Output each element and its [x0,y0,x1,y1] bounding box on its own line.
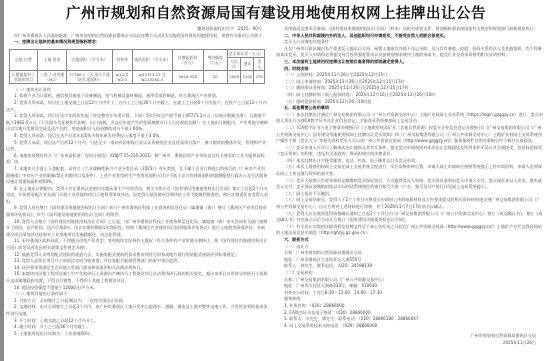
seller-name: 名称：广州市规划和自然资源局番禺区分局 [276,250,544,257]
agency-hours: 对外办公时间：工作日8:30－12:00、14:00－17:30 [276,290,544,297]
section-2-text: 凡在广州市行政区域内有严重违反土地出让合同、闲置土地或有其他不良记录的，及与其有… [276,46,544,59]
schedule-item: （一）公告时间：2025年11月26日至2025年12月15日 [276,72,544,79]
cell-increment: 20 [203,70,227,83]
table-header-row: 宗地 位置 土地 用途 宗地面积 （平方米） 容积率 建筑面积 （平方米） 挂牌… [10,49,265,57]
condition-15: 15. 本地块内因建工程项目施工中产生的砂石土资源由产権执行工程建设项目自动利用… [6,271,268,284]
header-hkd: 港币 [241,57,254,70]
section-5-heading: 五、其他需要公告的事项 [276,105,544,112]
other-condition-4: 4. 竣工时间：开工之日起36个月内竣工。 [6,324,268,331]
condition-5: 5. 竞得人承诺，项目达产后的12个月内，引进至少一家具有国家级行业认证资格的企… [6,140,268,153]
hotline-item: 4. 网上交易系统技术支持电话：（020）28866000 [276,323,544,330]
header-plot-ratio: 容积率 [112,49,132,70]
cell-plot-ratio: ≥1.2且 ≤3.0 [112,70,132,83]
page-edge [0,0,4,361]
header-location: 宗地 位置 [10,49,38,70]
agency-heading: （二）交易机构 [276,270,544,277]
cell-rmb: 1808 [227,70,241,83]
condition-8: 8. 在土地出让期限内，竞得人应在番禺区范围内实地从事生产经营活动，相关手续应在… [6,186,268,206]
other-condition-2: 2. 交地时间：出让合同签订之日起3个月内，由广州市番禺区土地开发中心提通水、通… [6,304,268,317]
agency-address: 地址：广州市天河区天润路333号，邮编：510630 [276,283,544,290]
condition-11: 11. 未经番禺区政府同意，不得擅自改变产业类型、变更地块实际持有人股权（符合条… [6,238,268,251]
cell-floor-area: ≥45312.12 且 ≤113280.3 [132,70,172,83]
other-item: （五）本次土地使用权网上交易在网上交易系统全程进行，实行资格审核后置。申请人网上… [276,164,544,177]
condition-7: 7. 本地块可引进上下游配套，而符合《工业战略性新兴产业分类目录（2023）》对… [6,166,268,186]
cell-location: 石楼镇某村工业地块项目 [10,70,38,83]
header-use: 土地 用途 [37,49,67,70]
left-column: 穗规划资源挂出告字〔2025〕90号 经广州市番禺区人民政府批准，广州市规划和自… [6,26,268,337]
other-item: （六）竞买人按照公告要求按时足额缴纳竞买保证金后，方可取得竞买人资格。竞买保证金… [276,178,544,191]
other-item: （二）《CA数字证书与电子签章办理指引》《土地使用权及矿业（其他自然资源）权竞买… [276,125,544,145]
other-item: （一）本次挂牌出让通过广州交易集团有限公司（广州公共资源交易中心）土地矿业权网上… [276,112,544,125]
cell-area: 37760.1（含 部分不建设用 地面积） [67,70,112,83]
other-item: （十）有关出让宗地的详细资料及挂牌文件可于本公告发布之日起在广州公共资源交易网（… [276,224,544,237]
header-floor-area: 建筑面积 （平方米） [132,49,172,70]
announcement-page: 广州市规划和自然资源局国有建设用地使用权网上挂牌出让公告 穗规划资源挂出告字〔2… [6,0,546,361]
header-area: 宗地面积 （平方米） [67,49,112,70]
cell-hkd: 2100 [241,70,254,83]
header-increment: 增价幅度 （万元） [203,49,227,70]
signature-org: 广州市规划和自然资源局番禺区分局 [276,333,536,340]
signature-block: 广州市规划和自然资源局番禺区分局 2025年11月26日 [276,333,544,346]
header-usd: 美元 [254,57,265,70]
condition-9: 9. 竞得人须在签订《国有建设用地使用权出让合同》前与广州市番禺区科技工业商务和… [6,205,268,218]
section-1-heading: 一、挂牌出让地块的基本情况和规划指标要求： [6,39,268,46]
cell-use: 二类 工业用地（M2） [37,70,67,83]
sub-2-heading: （二）地块其他出让条件如下： [6,291,268,298]
hotline-item: 1. 业务咨询：（020）28866000 [276,303,544,310]
condition-3: 3. 竞得人须承诺，项目在达产年的次年起（按完整会计年度计算，下同）5年内年总产… [6,113,268,133]
section-2-sub: 竞买人应具备的其他条件： [276,39,544,46]
condition-1: 1. 拟建产业为计算机、通信和其他电子设备制造，电气机械及器材制造，通用零部件制… [6,93,268,100]
other-item: （九）竞得人应在收到竞得资格确认通知之日起2个工作日内与广州交易集团有限公司（广… [276,211,544,224]
condition-2: 2. 竞得人须承诺，项目在土地交地之日起12个月内开工，在开工之日起36个月内竣… [6,100,268,113]
signature-date: 2025年11月26日 [276,340,536,347]
hotline-item: 3. 联系人：车先生、谭先生，联系电话：（020）28866180、288660… [276,316,544,323]
hotline-heading: 服务热线： [276,296,544,303]
document-title: 广州市规划和自然资源局国有建设用地使用权网上挂牌出让公告 [6,4,546,24]
schedule-item: （四）网上挂牌时间（网上报价时间）：2025年12月16日至2025年12月26… [276,92,544,99]
condition-4: 4. 竞得人须承诺，项目在达产后次年起5年内每年研发经费投入强度不低于3.0%。 [6,133,268,140]
header-deposit: 竞买保证金（万元） [227,49,264,57]
right-column: 具体情况及要求可参阅：《国有建设用地使用权出让合同》（样本）及相关规划文件，规划… [276,26,544,347]
table-row: 石楼镇某村工业地块项目 二类 工业用地（M2） 37760.1（含 部分不建设用… [10,70,265,83]
seller-contact: 联系人：钟先生，联系电话：（020）34598139 [276,263,544,270]
other-condition-5: 5. 土地使用权出让年期为：工业用地50年。 [6,331,268,338]
right-top-paragraph: 具体情况及要求可参阅：《国有建设用地使用权出让合同》（样本）及相关规划文件，规划… [276,26,544,33]
section-3-heading: 三、本次国有土地使用权挂牌出让按照价高者得的原则确定竞得人。 [276,59,544,66]
header-start-price: 挂牌起始价 （万元） [172,49,203,70]
other-item: （三）竞买申请人应详尽了解本次出让地块及其有关条件，提交竞买申请视同对本次出让宗… [276,145,544,158]
other-item: （八）网上交易结束后，竞得人于2个工作日内将竞买申请时上传的纸质材料及公告要求提… [276,197,544,210]
schedule-item: （三）缴纳保证金时间：2025年11月26日至2025年12月15日17时 [276,85,544,92]
condition-6: 6. 该地块须建设符合《广东省高标准厂房设计规范》（DBJ/T 15-235-2… [6,153,268,166]
cell-usd: 270 [254,70,265,83]
section-6-heading: 六、联系方式 [276,237,544,244]
document-number: 穗规划资源挂出告字〔2025〕90号 [6,26,268,33]
cell-start-price: 3616.928 [172,70,203,83]
header-rmb: 人民币 [227,57,241,70]
condition-10: 10. 竞得人自签订《国有建设用地使用权出让合同》之日起，由广州市番禺区科技工业… [6,219,268,239]
land-parcel-table: 宗地 位置 土地 用途 宗地面积 （平方米） 容积率 建筑面积 （平方米） 挂牌… [9,49,265,84]
condition-13: 13. 竞得人必须在项目开工前依法完成节能审查，并自觉配合能源管理部门的事中事后… [6,258,268,265]
